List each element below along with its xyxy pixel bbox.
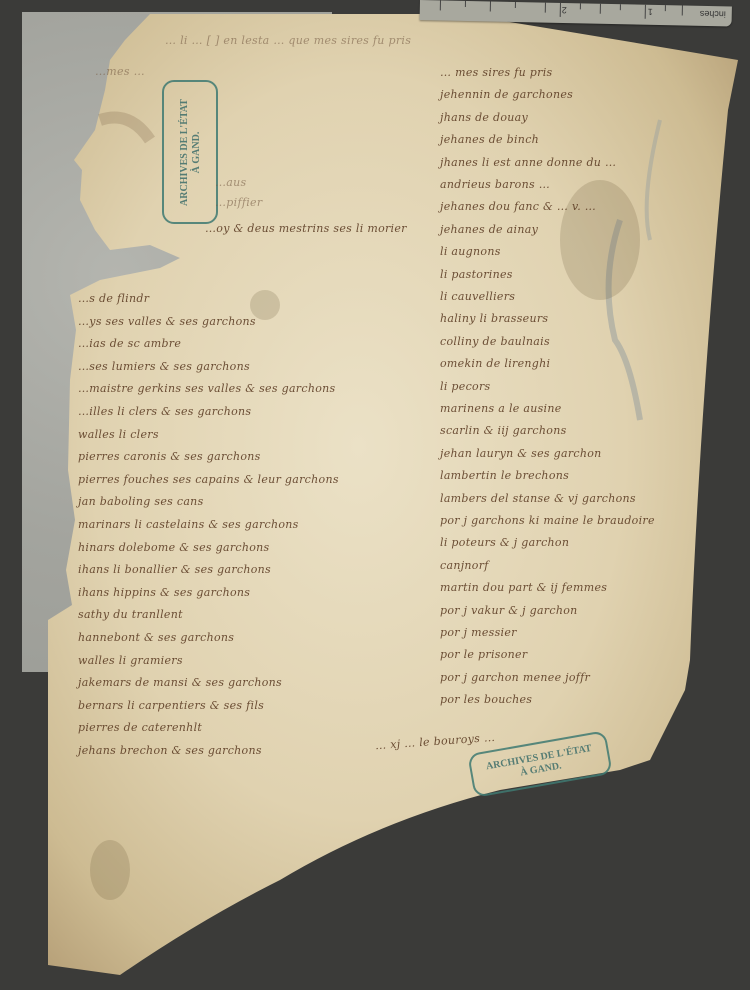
manuscript-line: canjnorf (440, 559, 489, 572)
manuscript-line: hannebont & ses garchons (78, 631, 234, 644)
manuscript-line: jehanes de binch (440, 133, 539, 146)
manuscript-line: …piffier (215, 196, 262, 209)
manuscript-line: jan baboling ses cans (78, 495, 204, 508)
manuscript-line: … mes sires fu pris (440, 66, 552, 79)
manuscript-line: walles li gramiers (78, 654, 183, 667)
manuscript-line: jakemars de mansi & ses garchons (78, 676, 282, 689)
manuscript-line: jhans de douay (440, 111, 528, 124)
manuscript-line: li cauvelliers (440, 290, 515, 303)
manuscript-line: andrieus barons … (440, 178, 550, 191)
archive-stamp: ARCHIVES DE L'ÉTAT À GAND. (162, 80, 218, 224)
manuscript-line: jehanes dou fanc & … v. … (440, 200, 596, 213)
manuscript-line: omekin de lirenghi (440, 357, 550, 370)
manuscript-line: …ses lumiers & ses garchons (78, 360, 250, 373)
stain (90, 840, 130, 900)
manuscript-line: por les bouches (440, 693, 532, 706)
manuscript-line: colliny de baulnais (440, 335, 550, 348)
manuscript-line: pierres fouches ses capains & leur garch… (78, 473, 339, 486)
manuscript-line: por j vakur & j garchon (440, 604, 578, 617)
stamp-line: À GAND. (190, 99, 202, 206)
manuscript-line: …s de flindr (78, 292, 149, 305)
manuscript-line: por j garchons ki maine le braudoire (440, 514, 655, 527)
manuscript-line: jehan lauryn & ses garchon (440, 447, 602, 460)
manuscript-line: marinars li castelains & ses garchons (78, 518, 299, 531)
manuscript-line: li poteurs & j garchon (440, 536, 569, 549)
manuscript-line: …illes li clers & ses garchons (78, 405, 251, 418)
manuscript-line: li pastorines (440, 268, 513, 281)
manuscript-line: por le prisoner (440, 648, 527, 661)
ruler-number: 2 (562, 5, 567, 15)
manuscript-line: pierres caronis & ses garchons (78, 450, 261, 463)
manuscript-line: jehennin de garchones (440, 88, 573, 101)
manuscript-line: jehans brechon & ses garchons (78, 744, 262, 757)
ruler-number: 1 (648, 7, 653, 17)
manuscript-line: martin dou part & ij femmes (440, 581, 607, 594)
manuscript-line: marinens a le ausine (440, 402, 562, 415)
manuscript-line: por j garchon menee joffr (440, 671, 590, 684)
manuscript-line: por j messier (440, 626, 517, 639)
manuscript-line: li augnons (440, 245, 501, 258)
manuscript-line: lambers del stanse & vj garchons (440, 492, 636, 505)
manuscript-line: walles li clers (78, 428, 159, 441)
manuscript-line: sathy du tranllent (78, 608, 183, 621)
manuscript-line: …mes … (95, 65, 145, 78)
manuscript-line: …ias de sc ambre (78, 337, 181, 350)
manuscript-line: jehanes de ainay (440, 223, 538, 236)
manuscript-line: …maistre gerkins ses valles & ses garcho… (78, 382, 335, 395)
manuscript-line: pierres de caterenhlt (78, 721, 202, 734)
manuscript-line: jhanes li est anne donne du … (440, 156, 616, 169)
stain (560, 180, 640, 300)
stamp-line: ARCHIVES DE L'ÉTAT (179, 99, 191, 206)
manuscript-line: li pecors (440, 380, 490, 393)
manuscript-line: ihans hippins & ses garchons (78, 586, 250, 599)
manuscript-line: ihans li bonallier & ses garchons (78, 563, 271, 576)
header-line: … li … [ ] en lesta … que mes sires fu p… (165, 34, 411, 47)
manuscript-line: …aus (215, 176, 247, 189)
manuscript-line: hinars dolebome & ses garchons (78, 541, 269, 554)
ruler-unit: inches (700, 9, 726, 20)
manuscript-line: …oy & deus mestrins ses li morier (205, 222, 407, 235)
manuscript-line: haliny li brasseurs (440, 312, 548, 325)
manuscript-line: scarlin & iij garchons (440, 424, 567, 437)
manuscript-line: bernars li carpentiers & ses fils (78, 699, 264, 712)
manuscript-line: …ys ses valles & ses garchons (78, 315, 256, 328)
manuscript-line: lambertin le brechons (440, 469, 569, 482)
